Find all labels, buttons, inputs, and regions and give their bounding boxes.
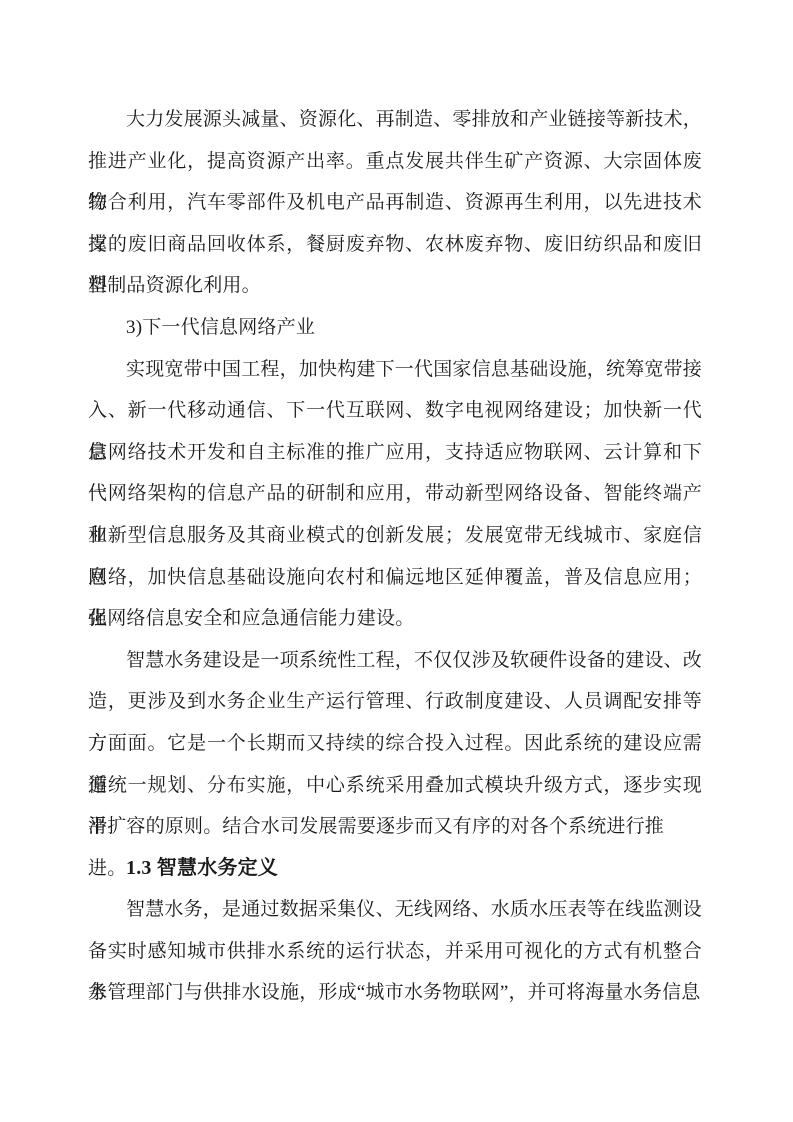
text-line: 务管理部门与供排水设施，形成“城市水务物联网”，并可将海量水务信息: [88, 972, 702, 1014]
text-line: 方面面。它是一个长期而又持续的综合投入过程。因此系统的建设应需遵: [88, 723, 702, 765]
document-page: 大力发展源头减量、资源化、再制造、零排放和产业链接等新技术，推进产业化，提高资源…: [0, 0, 793, 1122]
text-line: 循统一规划、分布实施，中心系统采用叠加式模块升级方式，逐步实现平: [88, 765, 702, 807]
text-line: 备实时感知城市供排水系统的运行状态，并采用可视化的方式有机整合水: [88, 931, 702, 973]
text-line: 实现宽带中国工程，加快构建下一代国家信息基础设施，统筹宽带接: [88, 349, 702, 391]
text-line: 入、新一代移动通信、下一代互联网、数字电视网络建设；加快新一代信: [88, 390, 702, 432]
text-line: 智慧水务建设是一项系统性工程，不仅仅涉及软硬件设备的建设、改: [88, 640, 702, 682]
section-heading: 1.3 智慧水务定义: [88, 848, 702, 890]
text-line: 息网络技术开发和自主标准的推广应用，支持适应物联网、云计算和下一: [88, 432, 702, 474]
text-line: 推进产业化，提高资源产出率。重点发展共伴生矿产资源、大宗固体废物: [88, 141, 702, 183]
text-line: 化网络信息安全和应急通信能力建设。: [88, 598, 702, 640]
text-line: 和新型信息服务及其商业模式的创新发展；发展宽带无线城市、家庭信息: [88, 515, 702, 557]
text-line: 综合利用，汽车零部件及机电产品再制造、资源再生利用，以先进技术支: [88, 182, 702, 224]
text-line: 3)下一代信息网络产业: [88, 307, 702, 349]
text-line: 撑的废旧商品回收体系，餐厨废弃物、农林废弃物、废旧纺织品和废旧塑: [88, 224, 702, 266]
text-line: 智慧水务，是通过数据采集仪、无线网络、水质水压表等在线监测设: [88, 889, 702, 931]
document-body: 大力发展源头减量、资源化、再制造、零排放和产业链接等新技术，推进产业化，提高资源…: [88, 99, 702, 1014]
text-line: 网络，加快信息基础设施向农村和偏远地区延伸覆盖，普及信息应用；强: [88, 557, 702, 599]
text-line: 造，更涉及到水务企业生产运行管理、行政制度建设、人员调配安排等方: [88, 681, 702, 723]
text-line: 代网络架构的信息产品的研制和应用，带动新型网络设备、智能终端产业: [88, 473, 702, 515]
text-line: 料制品资源化利用。: [88, 265, 702, 307]
text-line: 滑扩容的原则。结合水司发展需要逐步而又有序的对各个系统进行推进。: [88, 806, 702, 848]
text-line: 大力发展源头减量、资源化、再制造、零排放和产业链接等新技术，: [88, 99, 702, 141]
